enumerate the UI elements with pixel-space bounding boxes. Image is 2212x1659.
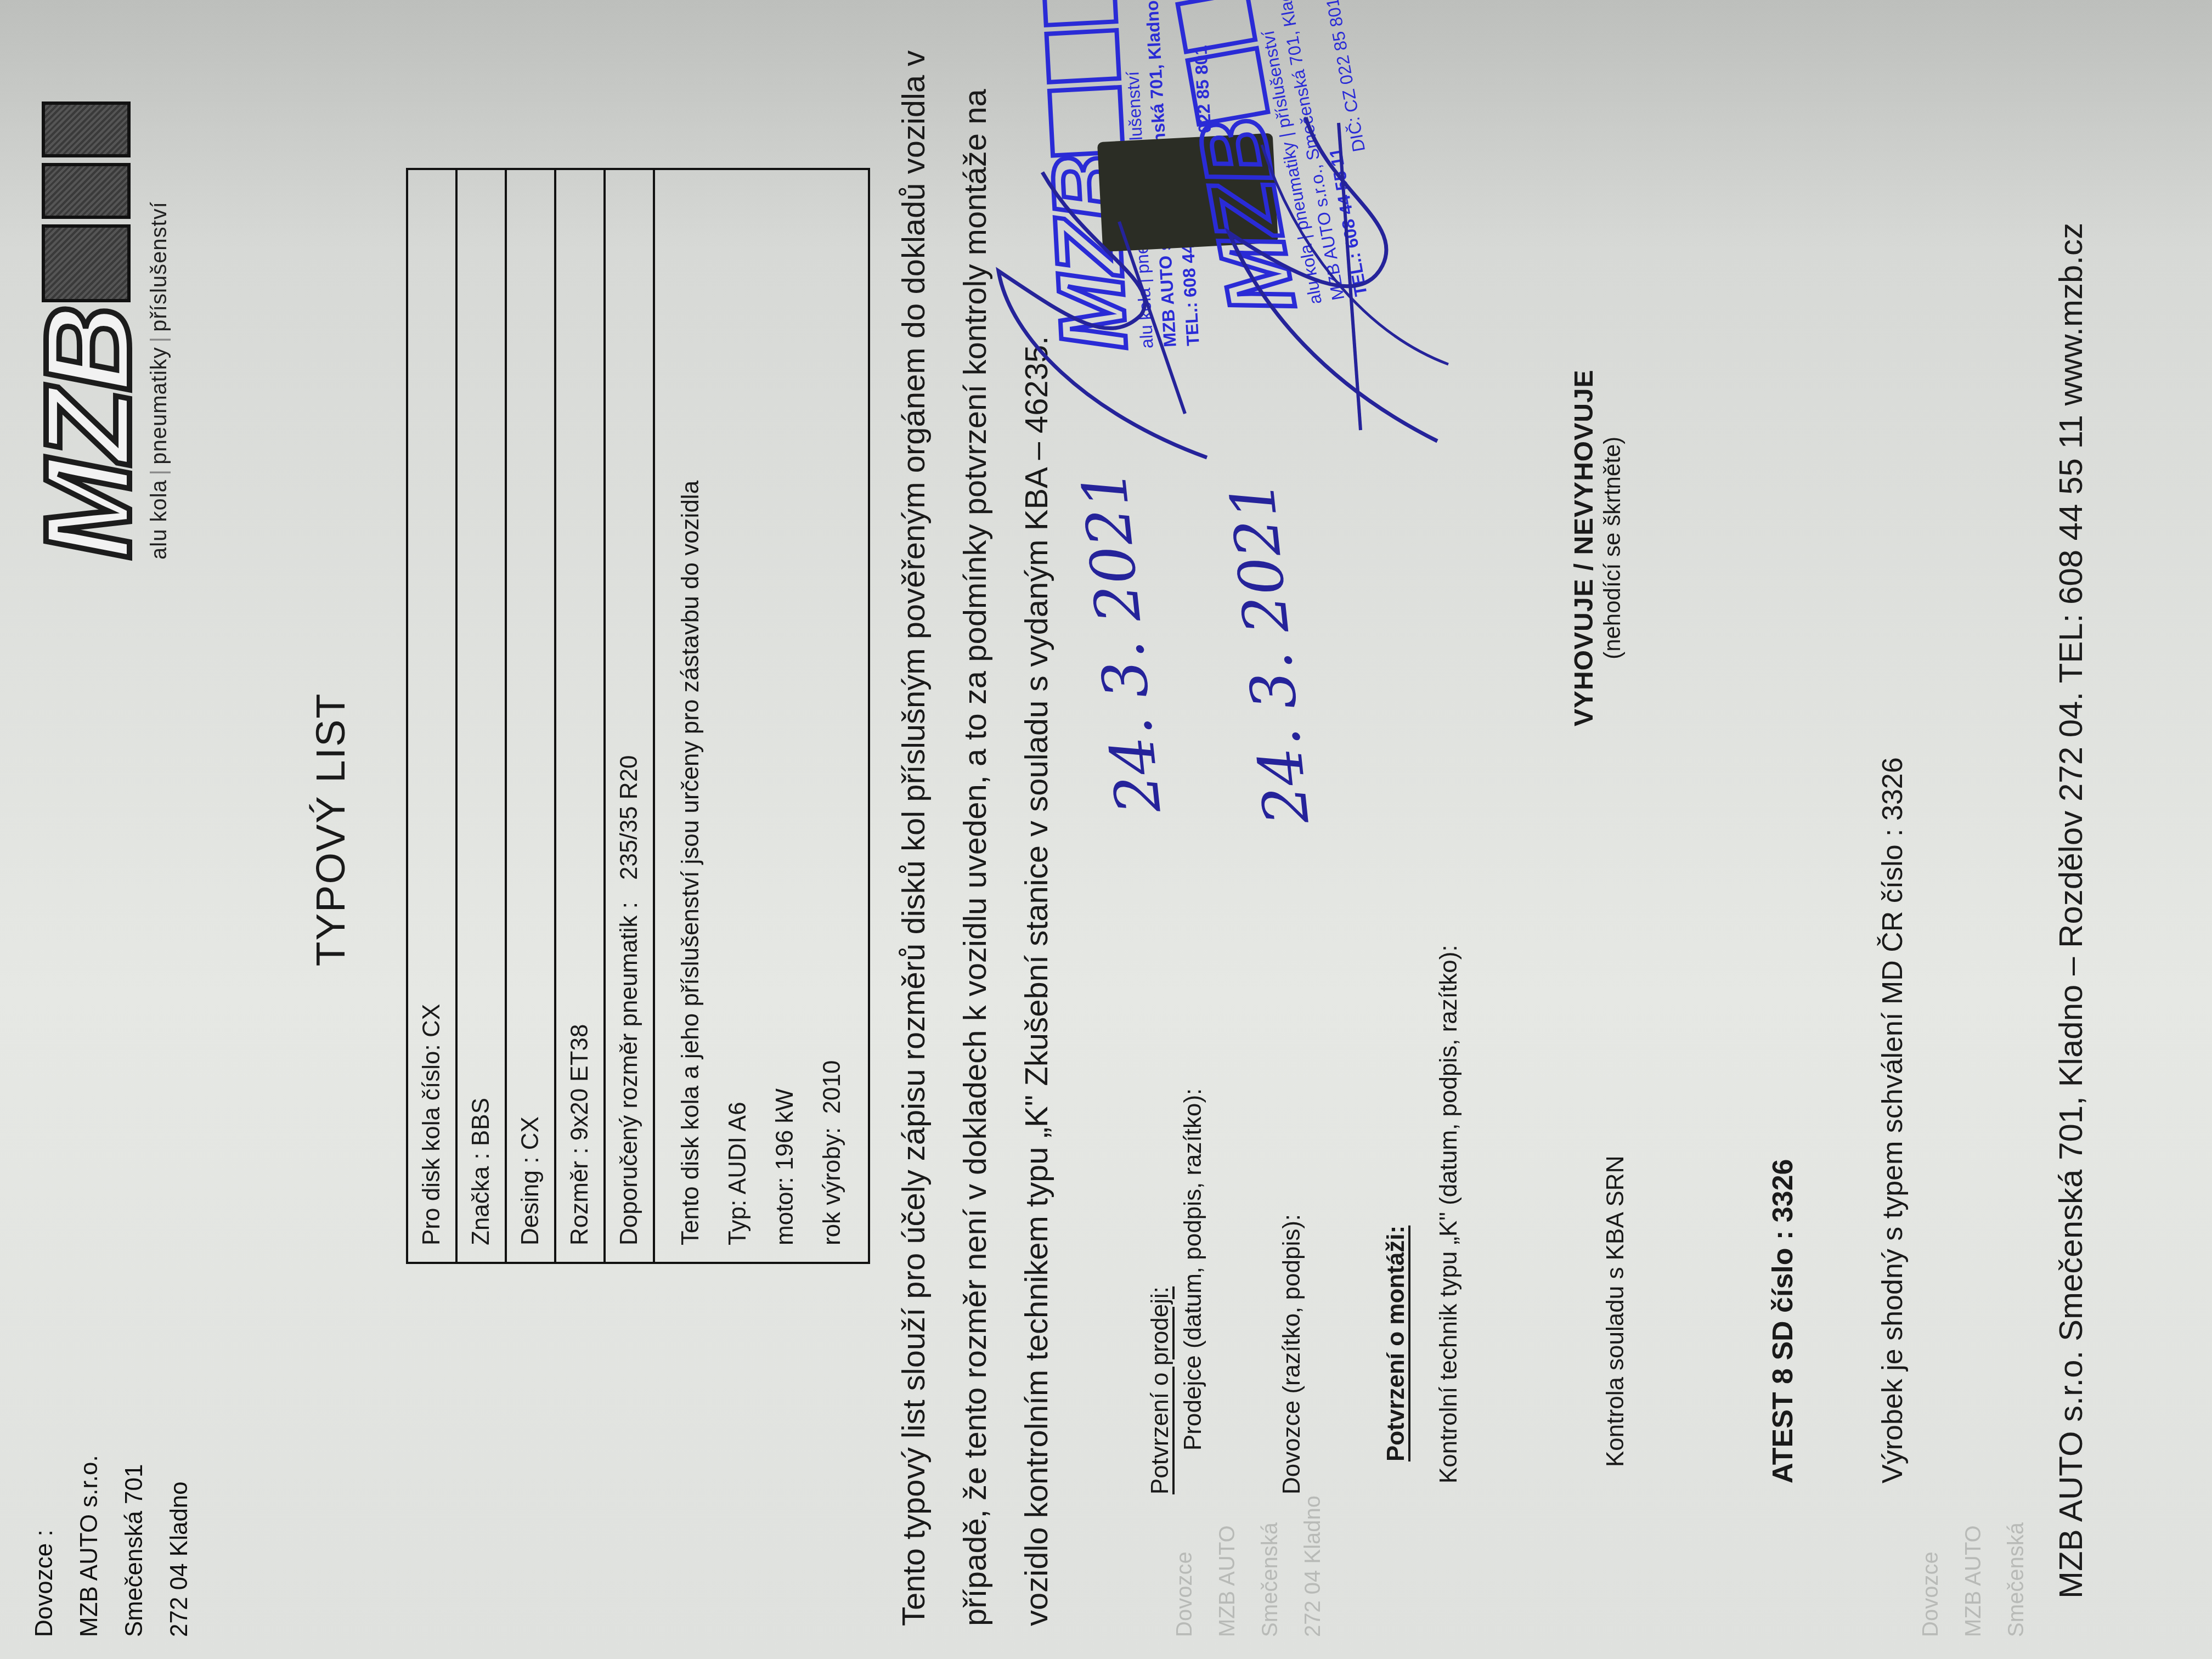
importer-street: Smečenská 701 bbox=[112, 1455, 157, 1637]
logo-bars-icon bbox=[42, 101, 131, 302]
seller-date-handwritten: 24. 3. 2021 bbox=[1068, 466, 1174, 817]
seller-signature-label: Prodejce (datum, podpis, razítko): bbox=[1180, 1088, 1207, 1494]
mount-heading: Potvrzení o montáži: bbox=[1383, 945, 1410, 1462]
importer-date-handwritten: 24. 3. 2021 bbox=[1216, 477, 1322, 828]
logo-tagline: alu kola|pneumatiky|příslušenství bbox=[147, 66, 172, 560]
vehicle-engine: motor: 196 kW bbox=[761, 187, 809, 1245]
atest-number: ATEST 8 SD číslo : 3326 bbox=[1767, 1159, 1799, 1483]
sale-confirmation: Potvrzení o prodeji: Prodejce (datum, po… bbox=[1147, 1088, 1207, 1494]
vehicle-type: Typ: AUDI A6 bbox=[714, 187, 761, 1245]
mzb-logo: MZB alu kola|pneumatiky|příslušenství bbox=[33, 66, 172, 560]
importer-city: 272 04 Kladno bbox=[157, 1455, 202, 1637]
importer-address: Dovozce : MZB AUTO s.r.o. Smečenská 701 … bbox=[22, 1455, 202, 1637]
sale-heading: Potvrzení o prodeji: bbox=[1147, 1088, 1174, 1494]
logo-letters: MZB bbox=[33, 308, 143, 560]
spec-row-size: Rozměr : 9x20 ET38 bbox=[556, 170, 606, 1262]
spec-row-tyre: Doporučený rozměr pneumatik :235/35 R20 bbox=[606, 170, 655, 1262]
kba-check-label: Kontrola souladu s KBA SRN bbox=[1602, 1156, 1629, 1467]
ghost-text: DovozceMZB AUTOSmečenská272 04 Kladno bbox=[1163, 1496, 1334, 1637]
spec-row-disk-number: Pro disk kola číslo: CX bbox=[408, 170, 458, 1262]
importer-signature-label: Dovozce (razítko, podpis): bbox=[1278, 1214, 1306, 1494]
typovy-list-document: Dovozce : MZB AUTO s.r.o. Smečenská 701 … bbox=[0, 0, 2212, 1659]
importer-company: MZB AUTO s.r.o. bbox=[67, 1455, 112, 1637]
spec-row-brand: Značka : BBS bbox=[458, 170, 507, 1262]
verdict-options: VYHOVUJE / NEVYHOVUJE bbox=[1569, 369, 1599, 726]
vehicle-year: rok výroby: 2010 bbox=[809, 187, 856, 1245]
product-approval: Výrobek je shodný s typem schválení MD Č… bbox=[1876, 757, 1909, 1483]
verdict-note: (nehodící se škrtněte) bbox=[1599, 369, 1626, 726]
technician-signature-label: Kontrolní technik typu „K" (datum, podpi… bbox=[1435, 945, 1463, 1483]
spec-row-design: Desing : CX bbox=[507, 170, 556, 1262]
footer-address: MZB AUTO s.r.o. Smečenská 701, Kladno – … bbox=[2052, 223, 2090, 1599]
signature-importer-icon bbox=[1196, 90, 1470, 474]
spec-table: Pro disk kola číslo: CX Značka : BBS Des… bbox=[406, 168, 870, 1264]
ghost-text-lower: DovozceMZB AUTOSmečenská bbox=[1909, 1522, 2038, 1637]
importer-label: Dovozce : bbox=[22, 1455, 67, 1637]
spec-fitment: Tento disk kola a jeho příslušenství jso… bbox=[655, 170, 868, 1262]
fitment-intro: Tento disk kola a jeho příslušenství jso… bbox=[667, 187, 714, 1245]
page-title: TYPOVÝ LIST bbox=[307, 0, 354, 1659]
verdict-block: VYHOVUJE / NEVYHOVUJE (nehodící se škrtn… bbox=[1569, 369, 1626, 726]
mount-confirmation: Potvrzení o montáži: Kontrolní technik t… bbox=[1383, 945, 1463, 1462]
